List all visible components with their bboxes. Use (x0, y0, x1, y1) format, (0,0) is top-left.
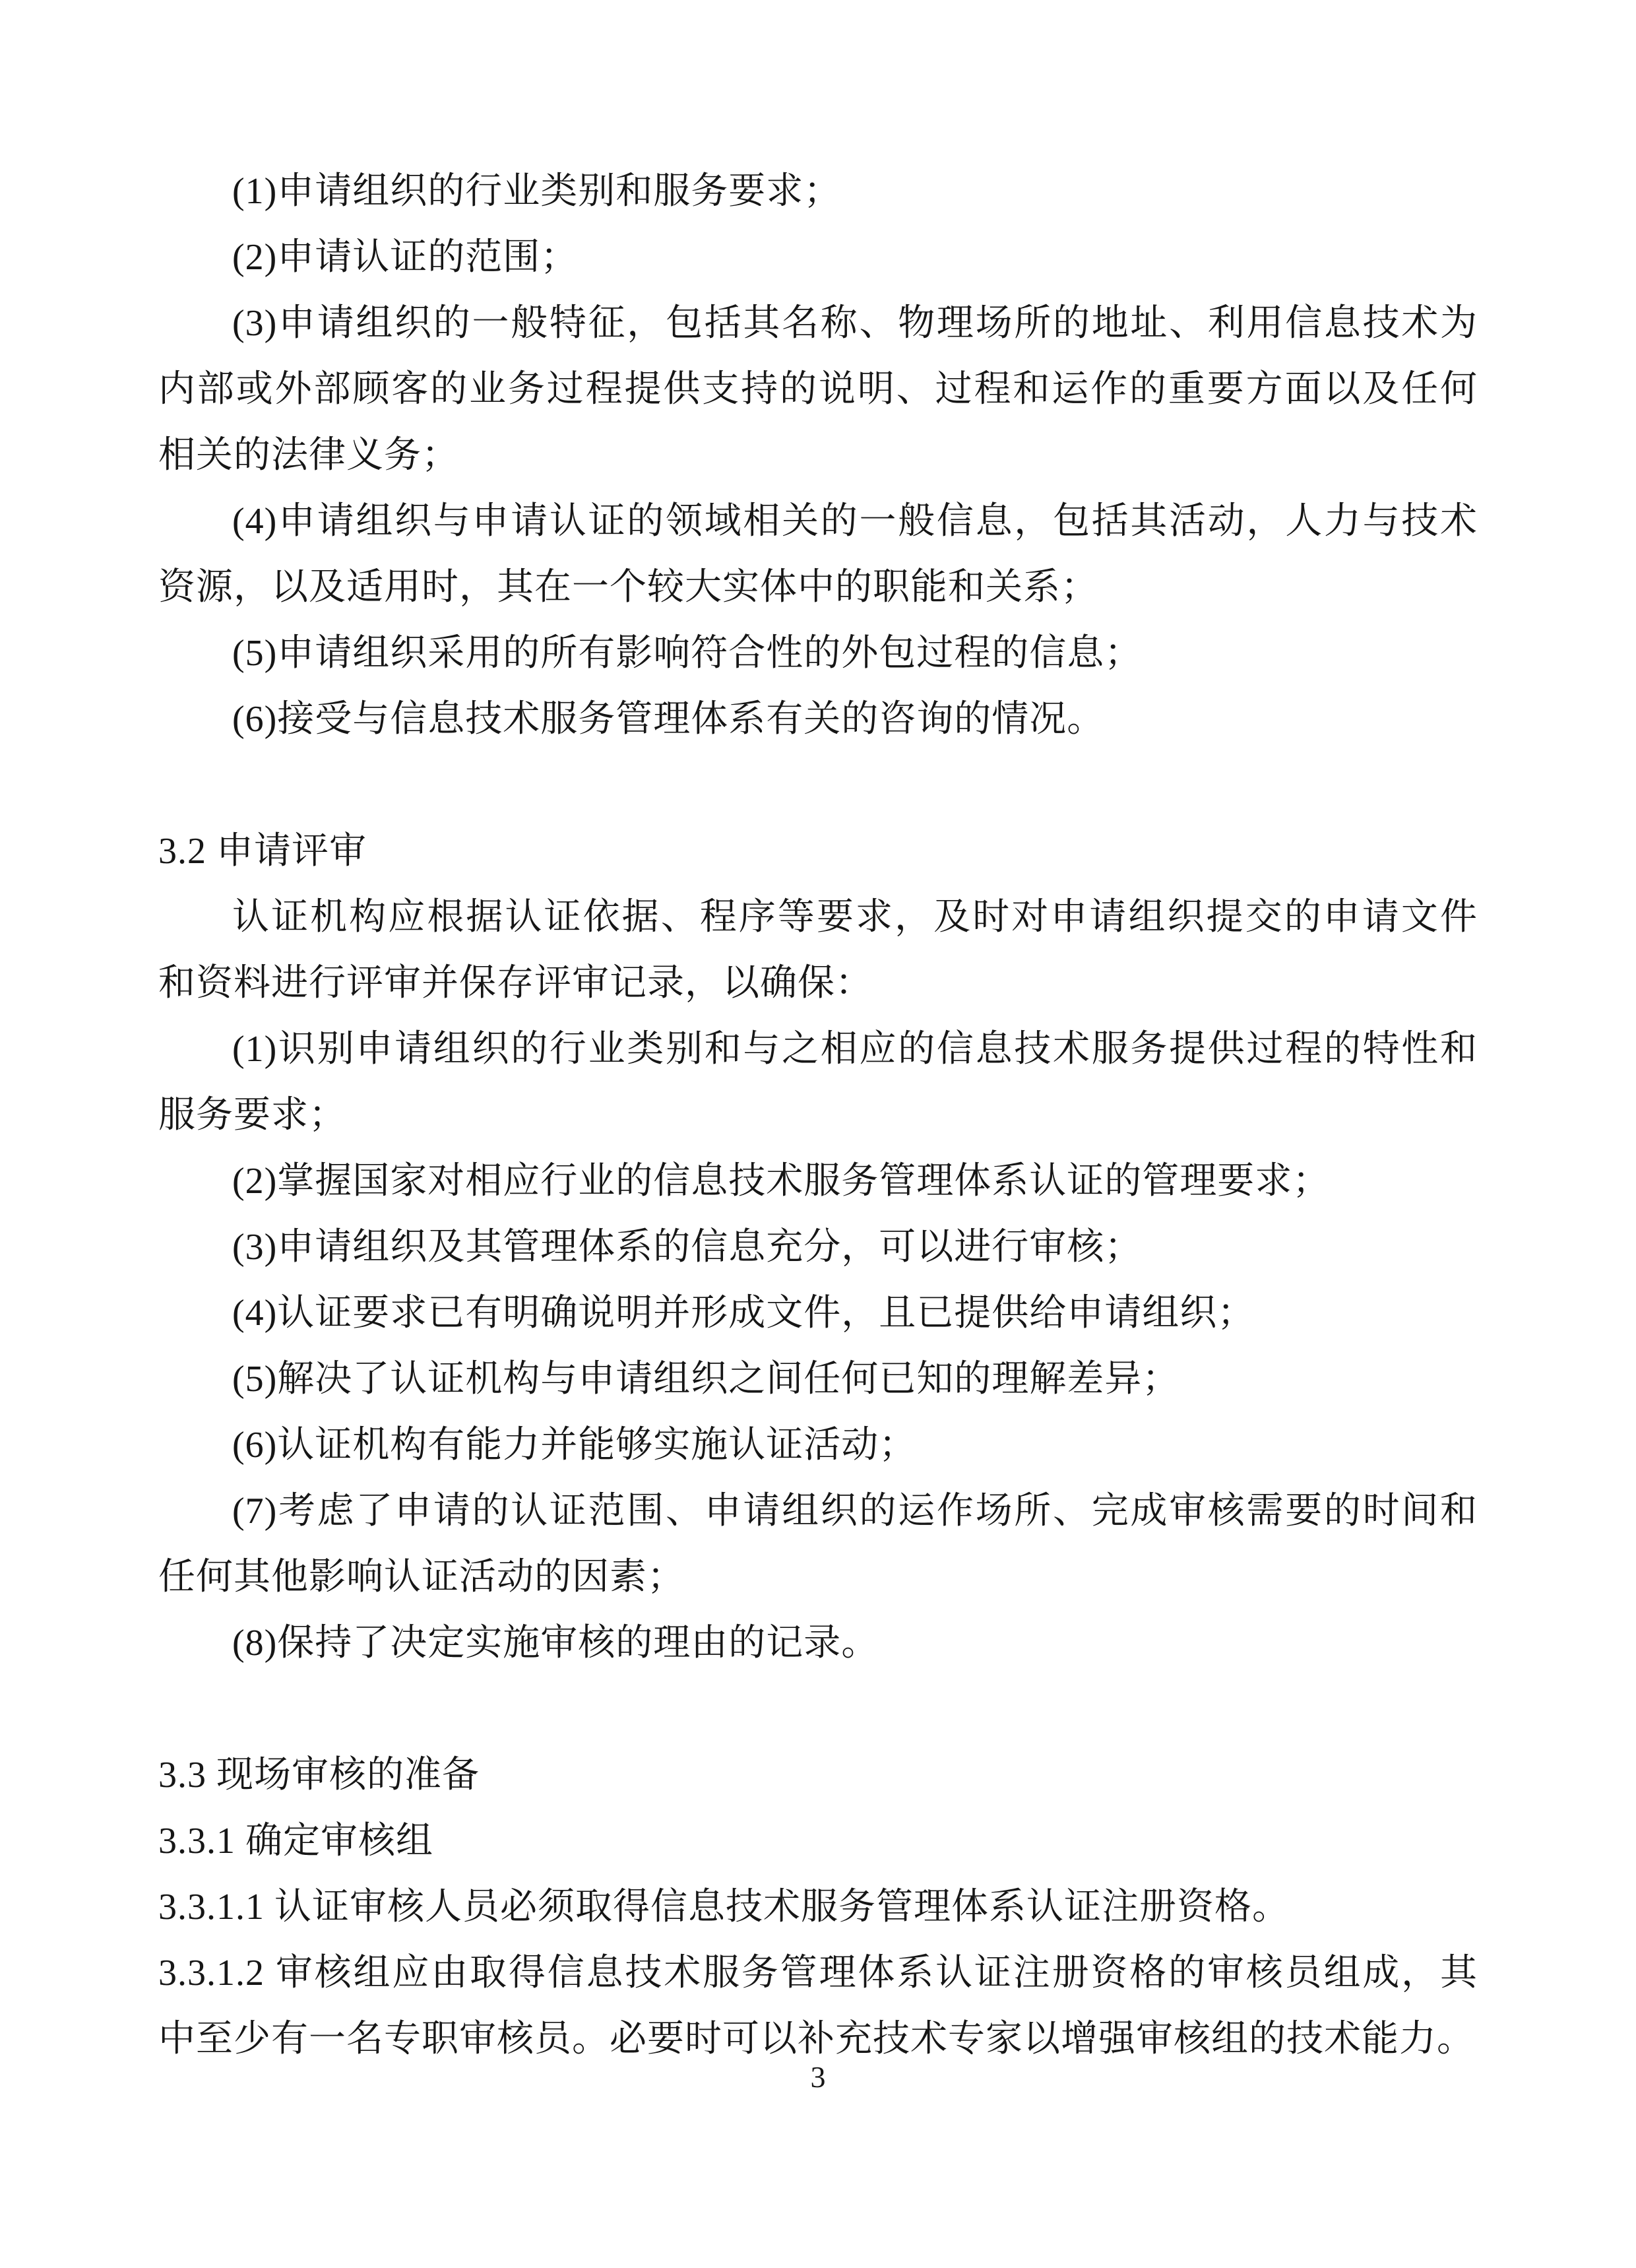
list-item-line: (2)掌握国家对相应行业的信息技术服务管理体系认证的管理要求； (158, 1148, 1478, 1214)
clause-line: 3.3.1.1 认证审核人员必须取得信息技术服务管理体系认证注册资格。 (158, 1874, 1478, 1940)
section-heading-3-2: 3.2 申请评审 (158, 818, 1478, 884)
list-item-line: (3)申请组织及其管理体系的信息充分，可以进行审核； (158, 1214, 1478, 1280)
paragraph-line: 认证机构应根据认证依据、程序等要求，及时对申请组织提交的申请文件 (158, 884, 1478, 950)
list-item-line: 相关的法律义务； (158, 422, 1478, 488)
list-item-line: (5)解决了认证机构与申请组织之间任何已知的理解差异； (158, 1346, 1478, 1412)
list-item-line: (6)认证机构有能力并能够实施认证活动； (158, 1412, 1478, 1478)
list-item-line: 服务要求； (158, 1082, 1478, 1148)
list-item-line: 任何其他影响认证活动的因素； (158, 1544, 1478, 1610)
list-item-line: (7)考虑了申请的认证范围、申请组织的运作场所、完成审核需要的时间和 (158, 1478, 1478, 1544)
list-item-line: 内部或外部顾客的业务过程提供支持的说明、过程和运作的重要方面以及任何 (158, 356, 1478, 422)
list-item-line: (1)申请组织的行业类别和服务要求； (158, 158, 1478, 224)
list-item-line: (4)认证要求已有明确说明并形成文件，且已提供给申请组织； (158, 1280, 1478, 1346)
list-item-line: (8)保持了决定实施审核的理由的记录。 (158, 1610, 1478, 1676)
list-item-line: (5)申请组织采用的所有影响符合性的外包过程的信息； (158, 620, 1478, 686)
clause-line: 3.3.1.2 审核组应由取得信息技术服务管理体系认证注册资格的审核员组成，其 (158, 1940, 1478, 2006)
document-body: (1)申请组织的行业类别和服务要求； (2)申请认证的范围； (3)申请组织的一… (158, 158, 1478, 2072)
list-item-line: (3)申请组织的一般特征，包括其名称、物理场所的地址、利用信息技术为 (158, 290, 1478, 356)
list-item-line: (4)申请组织与申请认证的领域相关的一般信息，包括其活动，人力与技术 (158, 488, 1478, 554)
paragraph-line: 和资料进行评审并保存评审记录，以确保： (158, 950, 1478, 1016)
list-item-line: (6)接受与信息技术服务管理体系有关的咨询的情况。 (158, 686, 1478, 752)
section-heading-3-3-1: 3.3.1 确定审核组 (158, 1808, 1478, 1874)
document-page: (1)申请组织的行业类别和服务要求； (2)申请认证的范围； (3)申请组织的一… (0, 0, 1636, 2268)
list-item-line: (1)识别申请组织的行业类别和与之相应的信息技术服务提供过程的特性和 (158, 1016, 1478, 1082)
section-heading-3-3: 3.3 现场审核的准备 (158, 1742, 1478, 1808)
page-number: 3 (0, 2057, 1636, 2097)
list-item-line: 资源，以及适用时，其在一个较大实体中的职能和关系； (158, 554, 1478, 620)
list-item-line: (2)申请认证的范围； (158, 224, 1478, 290)
